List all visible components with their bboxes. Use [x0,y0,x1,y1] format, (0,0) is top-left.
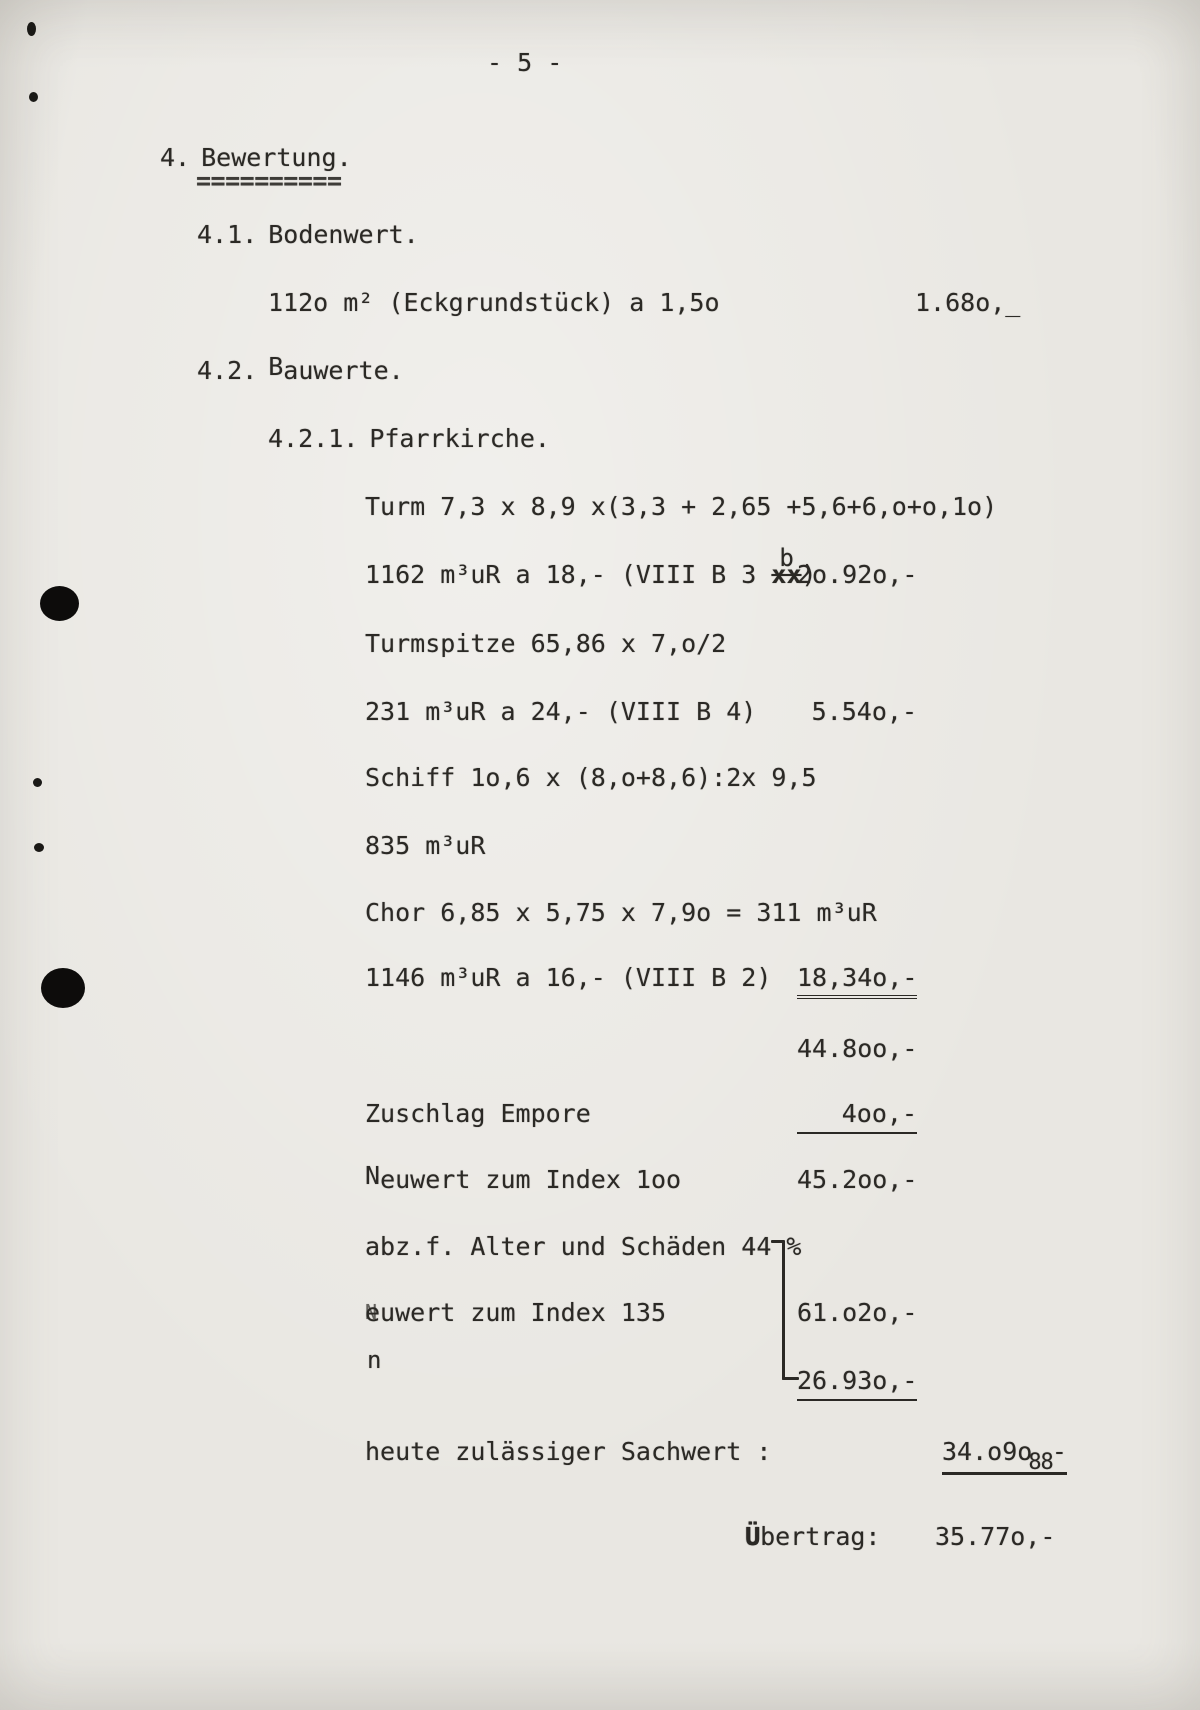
abzug-label: abz.f. Alter und Schäden 44 % [365,1232,802,1262]
ink-speck [27,22,36,36]
turm-value-text: 1162 m³uR a 18,- (VIII B 3 [365,560,771,589]
subsection-title-rest: auwerte. [283,356,403,385]
abzug-amount: 26.93o,- [797,1366,917,1401]
bodenwert-amount: 1.68o,_ [915,288,1020,318]
bracket-vertical-line [782,1240,785,1380]
stray-letter-below: n [367,1345,381,1375]
turmspitze-value-text: 231 m³uR a 24,- (VIII B 4) [365,697,756,727]
subsection-4-2-1: 4.2.1.Pfarrkirche. [268,424,550,454]
turmspitze-amount: 5.54o,- [797,697,917,727]
zuschlag-label: Zuschlag Empore [365,1099,591,1129]
turmspitze-dimensions: Turmspitze 65,86 x 7,o/2 [365,629,726,659]
subsection-number: 4.2. [197,356,257,385]
punch-hole [40,586,79,621]
label-rest: bertrag: [760,1522,880,1551]
subsection-title: Bodenwert. [268,220,419,249]
label-initial: Ü [745,1522,760,1551]
neuwert-index100-label: Neuwert zum Index 1oo [365,1165,681,1195]
sachwert-label: heute zulässiger Sachwert : [365,1437,771,1467]
chor-value-text: 1146 m³uR a 16,- (VIII B 2) [365,963,771,993]
schiff-volume: 835 m³uR [365,831,485,861]
page-number: - 5 - [487,48,562,78]
label-initial: N [365,1161,380,1190]
uebertrag-amount: 35.77o,- [935,1522,1055,1552]
subsection-4-1: 4.1.Bodenwert. [197,220,419,250]
stray-letter-above: N [365,1297,377,1327]
scanned-document-page: - 5 - 4.Bewertung. ========== 4.1.Bodenw… [0,0,1200,1710]
section-underline: ========== [196,166,342,196]
sachwert-amount: 34.o9o88- [942,1437,1067,1475]
neuwert-index135-amount: 61.o2o,- [797,1298,917,1328]
neuwert-index135-label: Nneuwert zum Index 135 [365,1298,666,1328]
schiff-dimensions: Schiff 1o,6 x (8,o+8,6):2x 9,5 [365,763,817,793]
neubauwert-subtotal: 44.8oo,- [797,1034,917,1064]
section-number: 4. [160,143,190,172]
amount-main: 34.o9o [942,1437,1032,1466]
subsection-number: 4.1. [197,220,257,249]
chor-dimensions: Chor 6,85 x 5,75 x 7,9o = 311 m³uR [365,898,877,928]
label-rest: euwert zum Index 1oo [380,1165,681,1194]
subsection-title-initial: B [268,352,283,381]
correction-note: b [779,543,793,573]
label-text: euwert zum Index 135 [365,1298,666,1327]
punch-hole [41,968,85,1008]
zuschlag-amount: 4oo,- [797,1099,917,1134]
amount-tail: - [1052,1437,1067,1466]
ink-speck [33,778,42,787]
chor-amount: 18,34o,- [797,963,917,999]
turm-value-line: 1162 m³uR a 18,- (VIII B 3 xxb) [365,560,817,590]
subsection-number: 4.2.1. [268,424,358,453]
uebertrag-label: Übertrag: [745,1522,880,1552]
ink-speck [29,92,38,102]
subsection-title: Pfarrkirche. [369,424,550,453]
subsection-4-2: 4.2.Bauwerte. [197,356,404,386]
ink-speck [34,843,44,852]
bodenwert-calculation: 112o m² (Eckgrundstück) a 1,5o [268,288,720,318]
turm-amount: 2o.92o,- [797,560,917,590]
amount-correction-sub: 88 [1028,1450,1053,1475]
neuwert-index100-amount: 45.2oo,- [797,1165,917,1195]
turm-dimensions: Turm 7,3 x 8,9 x(3,3 + 2,65 +5,6+6,o+o,1… [365,492,997,522]
